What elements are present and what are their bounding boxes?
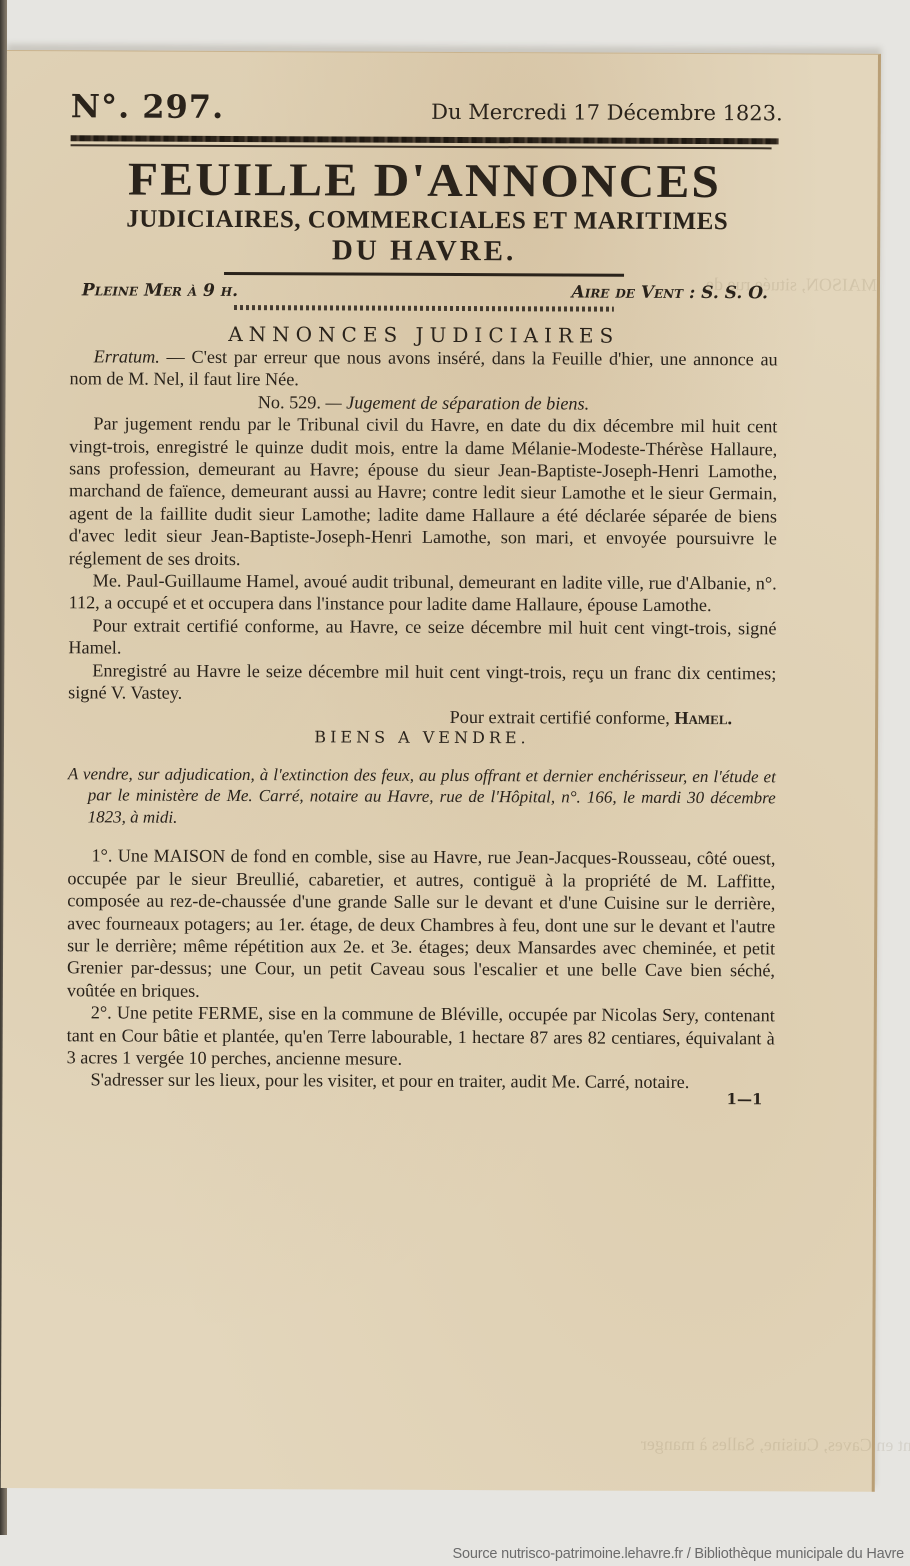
ornamental-rule [71, 135, 779, 144]
sale-lot-2: 2°. Une petite FERME, sise en la commune… [67, 1002, 775, 1072]
masthead-rule [224, 272, 624, 277]
thin-rule [71, 144, 772, 149]
newspaper-title: FEUILLE D'ANNONCES [53, 154, 797, 207]
signatory-name: Hamel. [674, 707, 732, 727]
wind-info: Aire de Vent : S. S. O. [571, 282, 767, 303]
attorney-paragraph: Me. Paul-Guillaume Hamel, avoué audit tr… [69, 569, 777, 617]
sale-contact: S'adresser sur les lieux, pour les visit… [66, 1069, 774, 1094]
source-credit: Source nutrisco-patrimoine.lehavre.fr / … [453, 1546, 904, 1562]
notice-title: — Jugement de séparation de biens. [321, 392, 589, 413]
show-through-text: port et rue Notre-Dame, consistant en Ca… [641, 1434, 910, 1457]
erratum-paragraph: Erratum. — C'est par erreur que nous avo… [70, 345, 778, 393]
newspaper-subtitle: JUDICIAIRES, COMMERCIALES ET MARITIMES [46, 204, 808, 236]
registration-paragraph: Enregistré au Havre le seize décembre mi… [68, 659, 776, 707]
section-heading-judicial: ANNONCES JUDICIAIRES [70, 321, 778, 348]
certification-text: Pour extrait certifié conforme, [450, 706, 675, 727]
newspaper-page: MAISON, située rue de port et rue Notre-… [1, 50, 881, 1492]
issue-number: N°. 297. [71, 87, 225, 126]
judgment-paragraph: Par jugement rendu par le Tribunal civil… [69, 412, 778, 572]
page-content: N°. 297. Du Mercredi 17 Décembre 1823. F… [66, 87, 778, 1108]
notice-number: No. 529. [258, 392, 321, 412]
issue-date: Du Mercredi 17 Décembre 1823. [431, 100, 783, 126]
masthead-top-row: N°. 297. Du Mercredi 17 Décembre 1823. [71, 87, 779, 136]
sale-lot-1: 1°. Une MAISON de fond en comble, sise a… [67, 845, 776, 1005]
sale-intro: A vendre, sur adjudication, à l'extincti… [68, 763, 776, 831]
tide-info: Pleine Mer à 9 h. [82, 280, 238, 301]
erratum-label: Erratum. [94, 346, 160, 366]
notice-heading: No. 529. — Jugement de séparation de bie… [69, 390, 777, 415]
extract-paragraph: Pour extrait certifié conforme, au Havre… [68, 614, 776, 662]
certification-signature: Pour extrait certifié conforme, Hamel. [68, 704, 776, 729]
erratum-text: — C'est par erreur que nous avons inséré… [70, 347, 778, 390]
wave-rule [234, 305, 614, 312]
tide-wind-row: Pleine Mer à 9 h. Aire de Vent : S. S. O… [70, 280, 778, 303]
section-heading-sale: BIENS A VENDRE. [68, 726, 776, 749]
newspaper-city: DU HAVRE. [70, 233, 778, 268]
